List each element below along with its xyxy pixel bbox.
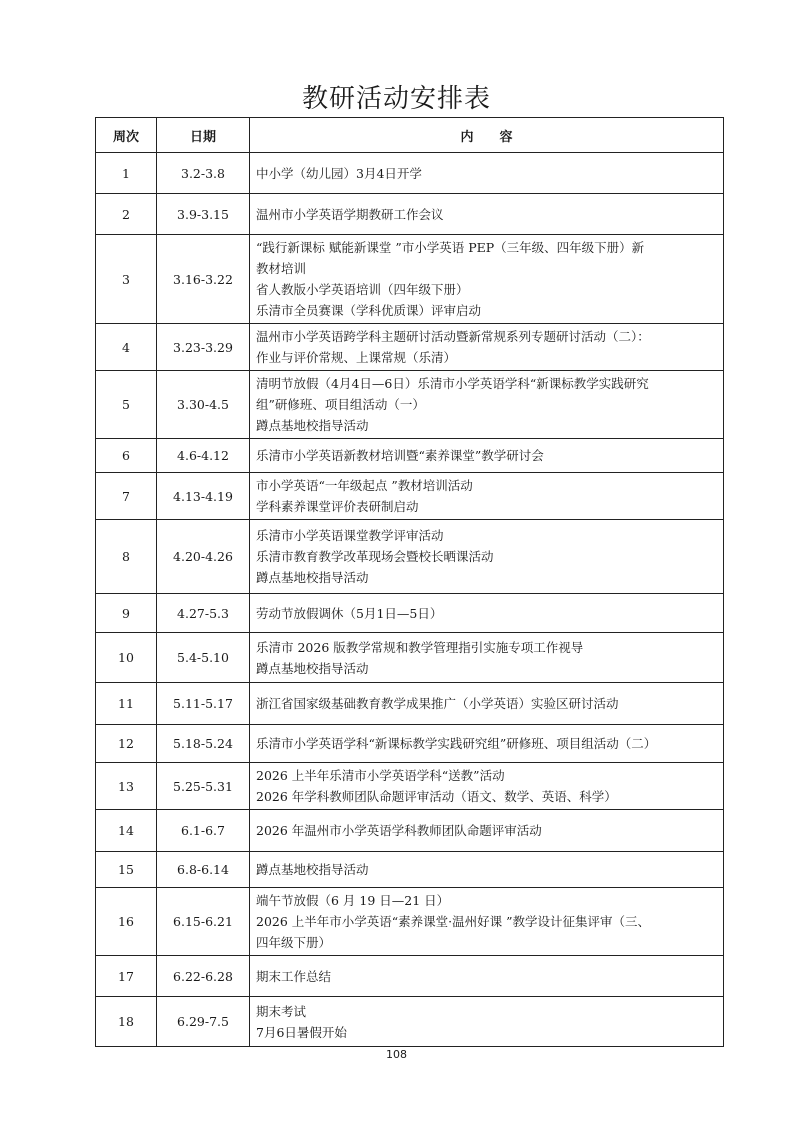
date-cell: 5.11-5.17 bbox=[157, 683, 250, 725]
content-line: 期末考试 bbox=[256, 1001, 717, 1022]
table-row: 53.30-4.5清明节放假（4月4日—6日）乐清市小学英语学科“新课标教学实践… bbox=[96, 371, 724, 439]
page-number: 108 bbox=[0, 1048, 793, 1061]
content-line: 乐清市全员赛课（学科优质课）评审启动 bbox=[256, 300, 717, 321]
content-line: 乐清市教育教学改革现场会暨校长晒课活动 bbox=[256, 546, 717, 567]
week-cell: 7 bbox=[96, 473, 157, 520]
table-row: 13.2-3.8中小学（幼儿园）3月4日开学 bbox=[96, 153, 724, 194]
content-line: “践行新课标 赋能新课堂 ”市小学英语 PEP（三年级、四年级下册）新 bbox=[256, 237, 717, 258]
week-cell: 6 bbox=[96, 439, 157, 473]
date-cell: 5.18-5.24 bbox=[157, 725, 250, 763]
table-row: 84.20-4.26乐清市小学英语课堂教学评审活动乐清市教育教学改革现场会暨校长… bbox=[96, 520, 724, 594]
table-row: 94.27-5.3劳动节放假调休（5月1日—5日） bbox=[96, 594, 724, 633]
week-cell: 12 bbox=[96, 725, 157, 763]
content-line: 组”研修班、项目组活动（一） bbox=[256, 394, 717, 415]
week-cell: 11 bbox=[96, 683, 157, 725]
content-line: 端午节放假（6 月 19 日—21 日） bbox=[256, 890, 717, 911]
schedule-table: 周次 日期 内 容 13.2-3.8中小学（幼儿园）3月4日开学23.9-3.1… bbox=[95, 117, 724, 1047]
content-line: 温州市小学英语跨学科主题研讨活动暨新常规系列专题研讨活动（二）： bbox=[256, 326, 717, 347]
table-row: 43.23-3.29温州市小学英语跨学科主题研讨活动暨新常规系列专题研讨活动（二… bbox=[96, 324, 724, 371]
content-cell: 乐清市小学英语课堂教学评审活动乐清市教育教学改革现场会暨校长晒课活动蹲点基地校指… bbox=[250, 520, 724, 594]
document-title: 教研活动安排表 bbox=[0, 78, 793, 115]
date-cell: 4.27-5.3 bbox=[157, 594, 250, 633]
header-week: 周次 bbox=[96, 118, 157, 153]
content-line: 四年级下册） bbox=[256, 932, 717, 953]
content-cell: 市小学英语“一年级起点 ”教材培训活动学科素养课堂评价表研制启动 bbox=[250, 473, 724, 520]
week-cell: 14 bbox=[96, 810, 157, 852]
content-line: 蹲点基地校指导活动 bbox=[256, 567, 717, 588]
content-line: 作业与评价常规、上课常规（乐清） bbox=[256, 347, 717, 368]
content-cell: 乐清市小学英语学科“新课标教学实践研究组”研修班、项目组活动（二） bbox=[250, 725, 724, 763]
content-line: 市小学英语“一年级起点 ”教材培训活动 bbox=[256, 475, 717, 496]
content-cell: 乐清市小学英语新教材培训暨“素养课堂”教学研讨会 bbox=[250, 439, 724, 473]
content-cell: 中小学（幼儿园）3月4日开学 bbox=[250, 153, 724, 194]
content-line: 2026 上半年市小学英语“素养课堂·温州好课 ”教学设计征集评审（三、 bbox=[256, 911, 717, 932]
content-line: 浙江省国家级基础教育教学成果推广（小学英语）实验区研讨活动 bbox=[256, 693, 717, 714]
table-row: 74.13-4.19市小学英语“一年级起点 ”教材培训活动学科素养课堂评价表研制… bbox=[96, 473, 724, 520]
table-row: 33.16-3.22“践行新课标 赋能新课堂 ”市小学英语 PEP（三年级、四年… bbox=[96, 235, 724, 324]
content-line: 学科素养课堂评价表研制启动 bbox=[256, 496, 717, 517]
content-line: 乐清市小学英语课堂教学评审活动 bbox=[256, 525, 717, 546]
table-row: 23.9-3.15温州市小学英语学期教研工作会议 bbox=[96, 194, 724, 235]
date-cell: 6.15-6.21 bbox=[157, 888, 250, 956]
content-line: 乐清市小学英语新教材培训暨“素养课堂”教学研讨会 bbox=[256, 445, 717, 466]
content-cell: 浙江省国家级基础教育教学成果推广（小学英语）实验区研讨活动 bbox=[250, 683, 724, 725]
week-cell: 18 bbox=[96, 997, 157, 1047]
content-line: 劳动节放假调休（5月1日—5日） bbox=[256, 603, 717, 624]
content-line: 乐清市小学英语学科“新课标教学实践研究组”研修班、项目组活动（二） bbox=[256, 733, 717, 754]
date-cell: 6.29-7.5 bbox=[157, 997, 250, 1047]
week-cell: 2 bbox=[96, 194, 157, 235]
table-row: 115.11-5.17浙江省国家级基础教育教学成果推广（小学英语）实验区研讨活动 bbox=[96, 683, 724, 725]
week-cell: 8 bbox=[96, 520, 157, 594]
week-cell: 10 bbox=[96, 633, 157, 683]
content-cell: 劳动节放假调休（5月1日—5日） bbox=[250, 594, 724, 633]
date-cell: 3.23-3.29 bbox=[157, 324, 250, 371]
date-cell: 4.6-4.12 bbox=[157, 439, 250, 473]
table-row: 125.18-5.24乐清市小学英语学科“新课标教学实践研究组”研修班、项目组活… bbox=[96, 725, 724, 763]
content-line: 2026 年温州市小学英语学科教师团队命题评审活动 bbox=[256, 820, 717, 841]
table-row: 135.25-5.312026 上半年乐清市小学英语学科“送教”活动2026 年… bbox=[96, 763, 724, 810]
table-row: 156.8-6.14蹲点基地校指导活动 bbox=[96, 852, 724, 888]
date-cell: 4.13-4.19 bbox=[157, 473, 250, 520]
week-cell: 1 bbox=[96, 153, 157, 194]
table-row: 105.4-5.10乐清市 2026 版教学常规和教学管理指引实施专项工作视导蹲… bbox=[96, 633, 724, 683]
content-cell: 期末考试7月6日暑假开始 bbox=[250, 997, 724, 1047]
week-cell: 9 bbox=[96, 594, 157, 633]
content-cell: 温州市小学英语学期教研工作会议 bbox=[250, 194, 724, 235]
content-cell: 清明节放假（4月4日—6日）乐清市小学英语学科“新课标教学实践研究组”研修班、项… bbox=[250, 371, 724, 439]
content-line: 中小学（幼儿园）3月4日开学 bbox=[256, 163, 717, 184]
date-cell: 3.16-3.22 bbox=[157, 235, 250, 324]
content-line: 蹲点基地校指导活动 bbox=[256, 415, 717, 436]
date-cell: 6.1-6.7 bbox=[157, 810, 250, 852]
date-cell: 5.4-5.10 bbox=[157, 633, 250, 683]
content-line: 省人教版小学英语培训（四年级下册） bbox=[256, 279, 717, 300]
table-row: 186.29-7.5期末考试7月6日暑假开始 bbox=[96, 997, 724, 1047]
date-cell: 3.30-4.5 bbox=[157, 371, 250, 439]
week-cell: 4 bbox=[96, 324, 157, 371]
content-line: 7月6日暑假开始 bbox=[256, 1022, 717, 1043]
header-date: 日期 bbox=[157, 118, 250, 153]
table-row: 146.1-6.72026 年温州市小学英语学科教师团队命题评审活动 bbox=[96, 810, 724, 852]
content-line: 温州市小学英语学期教研工作会议 bbox=[256, 204, 717, 225]
table-row: 64.6-4.12乐清市小学英语新教材培训暨“素养课堂”教学研讨会 bbox=[96, 439, 724, 473]
week-cell: 17 bbox=[96, 956, 157, 997]
header-content: 内 容 bbox=[250, 118, 724, 153]
table-row: 176.22-6.28期末工作总结 bbox=[96, 956, 724, 997]
table-row: 166.15-6.21端午节放假（6 月 19 日—21 日）2026 上半年市… bbox=[96, 888, 724, 956]
week-cell: 5 bbox=[96, 371, 157, 439]
date-cell: 6.8-6.14 bbox=[157, 852, 250, 888]
content-cell: 温州市小学英语跨学科主题研讨活动暨新常规系列专题研讨活动（二）：作业与评价常规、… bbox=[250, 324, 724, 371]
content-line: 蹲点基地校指导活动 bbox=[256, 859, 717, 880]
content-line: 期末工作总结 bbox=[256, 966, 717, 987]
content-cell: 乐清市 2026 版教学常规和教学管理指引实施专项工作视导蹲点基地校指导活动 bbox=[250, 633, 724, 683]
week-cell: 15 bbox=[96, 852, 157, 888]
content-cell: 蹲点基地校指导活动 bbox=[250, 852, 724, 888]
date-cell: 6.22-6.28 bbox=[157, 956, 250, 997]
content-line: 乐清市 2026 版教学常规和教学管理指引实施专项工作视导 bbox=[256, 637, 717, 658]
table-body: 13.2-3.8中小学（幼儿园）3月4日开学23.9-3.15温州市小学英语学期… bbox=[96, 153, 724, 1047]
week-cell: 16 bbox=[96, 888, 157, 956]
table-header-row: 周次 日期 内 容 bbox=[96, 118, 724, 153]
content-cell: 端午节放假（6 月 19 日—21 日）2026 上半年市小学英语“素养课堂·温… bbox=[250, 888, 724, 956]
date-cell: 3.2-3.8 bbox=[157, 153, 250, 194]
content-line: 2026 年学科教师团队命题评审活动（语文、数学、英语、科学） bbox=[256, 786, 717, 807]
content-line: 2026 上半年乐清市小学英语学科“送教”活动 bbox=[256, 765, 717, 786]
content-cell: 2026 上半年乐清市小学英语学科“送教”活动2026 年学科教师团队命题评审活… bbox=[250, 763, 724, 810]
week-cell: 3 bbox=[96, 235, 157, 324]
content-cell: 期末工作总结 bbox=[250, 956, 724, 997]
content-line: 清明节放假（4月4日—6日）乐清市小学英语学科“新课标教学实践研究 bbox=[256, 373, 717, 394]
date-cell: 4.20-4.26 bbox=[157, 520, 250, 594]
content-line: 教材培训 bbox=[256, 258, 717, 279]
content-cell: 2026 年温州市小学英语学科教师团队命题评审活动 bbox=[250, 810, 724, 852]
date-cell: 5.25-5.31 bbox=[157, 763, 250, 810]
week-cell: 13 bbox=[96, 763, 157, 810]
content-cell: “践行新课标 赋能新课堂 ”市小学英语 PEP（三年级、四年级下册）新教材培训省… bbox=[250, 235, 724, 324]
date-cell: 3.9-3.15 bbox=[157, 194, 250, 235]
content-line: 蹲点基地校指导活动 bbox=[256, 658, 717, 679]
